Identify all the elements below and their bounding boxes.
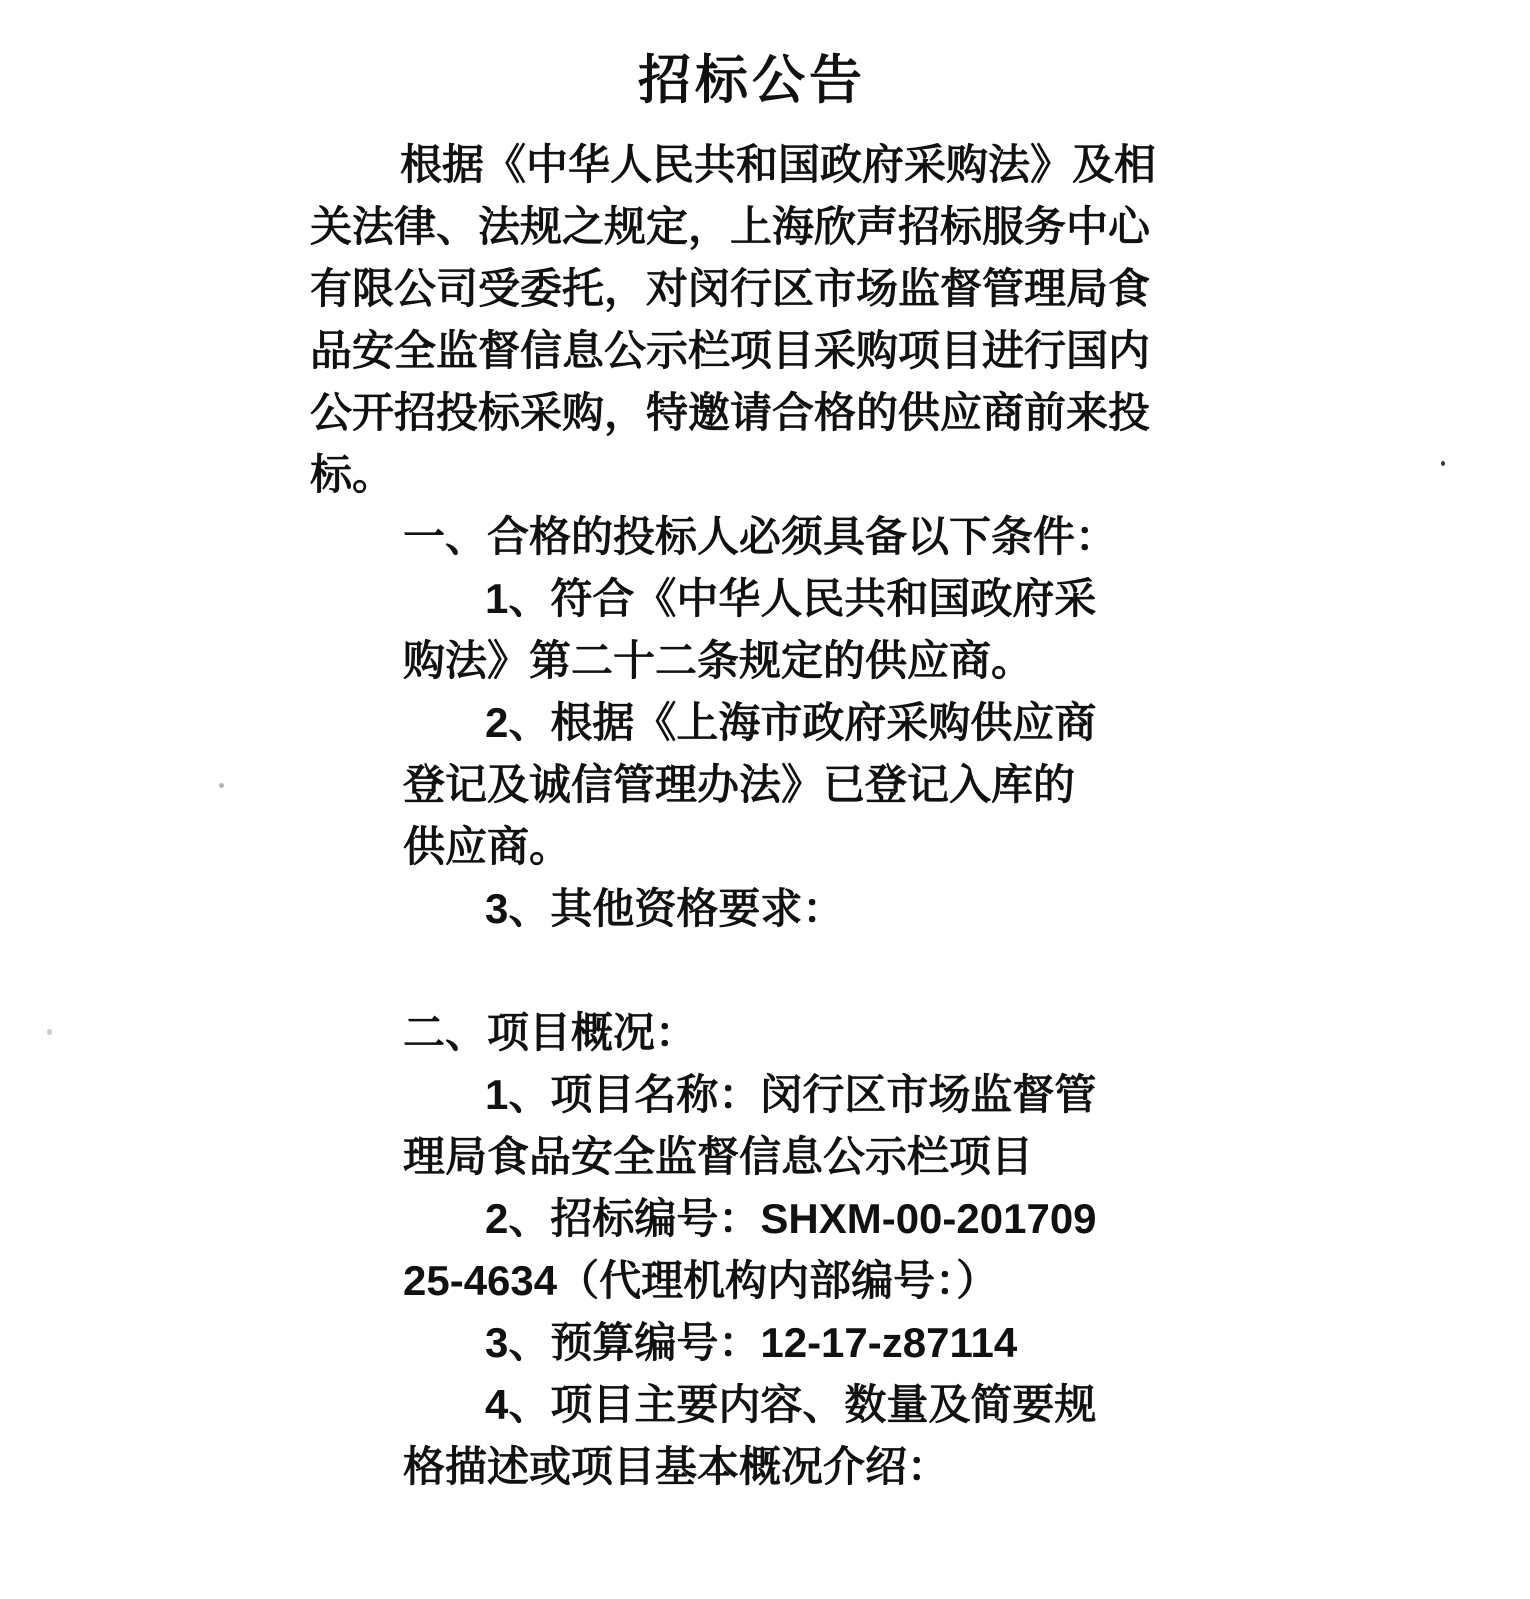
text-line: 一、合格的投标人必须具备以下条件： [310, 506, 1140, 568]
text-line: 2、根据《上海市政府采购供应商 [310, 692, 1140, 754]
scan-speck [47, 1029, 52, 1035]
text-line: 25-4634（代理机构内部编号：） [310, 1250, 1140, 1312]
blank-line [310, 940, 1140, 1002]
scan-speck [1441, 461, 1445, 466]
text-line: 二、项目概况： [310, 1002, 1140, 1064]
text-line: 品安全监督信息公示栏项目采购项目进行国内 [310, 320, 1140, 382]
text-line: 1、符合《中华人民共和国政府采 [310, 568, 1140, 630]
text-line: 4、项目主要内容、数量及简要规 [310, 1374, 1140, 1436]
text-line: 理局食品安全监督信息公示栏项目 [310, 1126, 1140, 1188]
document-body: 根据《中华人民共和国政府采购法》及相关法律、法规之规定，上海欣声招标服务中心有限… [310, 134, 1140, 1498]
text-line: 登记及诚信管理办法》已登记入库的 [310, 754, 1140, 816]
text-line: 3、预算编号：12-17-z87114 [310, 1312, 1140, 1374]
text-line: 购法》第二十二条规定的供应商。 [310, 630, 1140, 692]
scanned-document-page: 招标公告 根据《中华人民共和国政府采购法》及相关法律、法规之规定，上海欣声招标服… [0, 0, 1530, 1599]
text-line: 关法律、法规之规定，上海欣声招标服务中心 [310, 196, 1140, 258]
text-line: 1、项目名称：闵行区市场监督管 [310, 1064, 1140, 1126]
scan-speck [219, 783, 224, 788]
text-line: 格描述或项目基本概况介绍： [310, 1436, 1140, 1498]
document-title: 招标公告 [0, 38, 1504, 114]
text-line: 有限公司受委托，对闵行区市场监督管理局食 [310, 258, 1140, 320]
text-line: 供应商。 [310, 816, 1140, 878]
text-line: 根据《中华人民共和国政府采购法》及相 [310, 134, 1140, 196]
text-line: 2、招标编号：SHXM-00-201709 [310, 1188, 1140, 1250]
text-line: 公开招投标采购，特邀请合格的供应商前来投 [310, 382, 1140, 444]
text-line: 3、其他资格要求： [310, 878, 1140, 940]
text-line: 标。 [310, 444, 1140, 506]
